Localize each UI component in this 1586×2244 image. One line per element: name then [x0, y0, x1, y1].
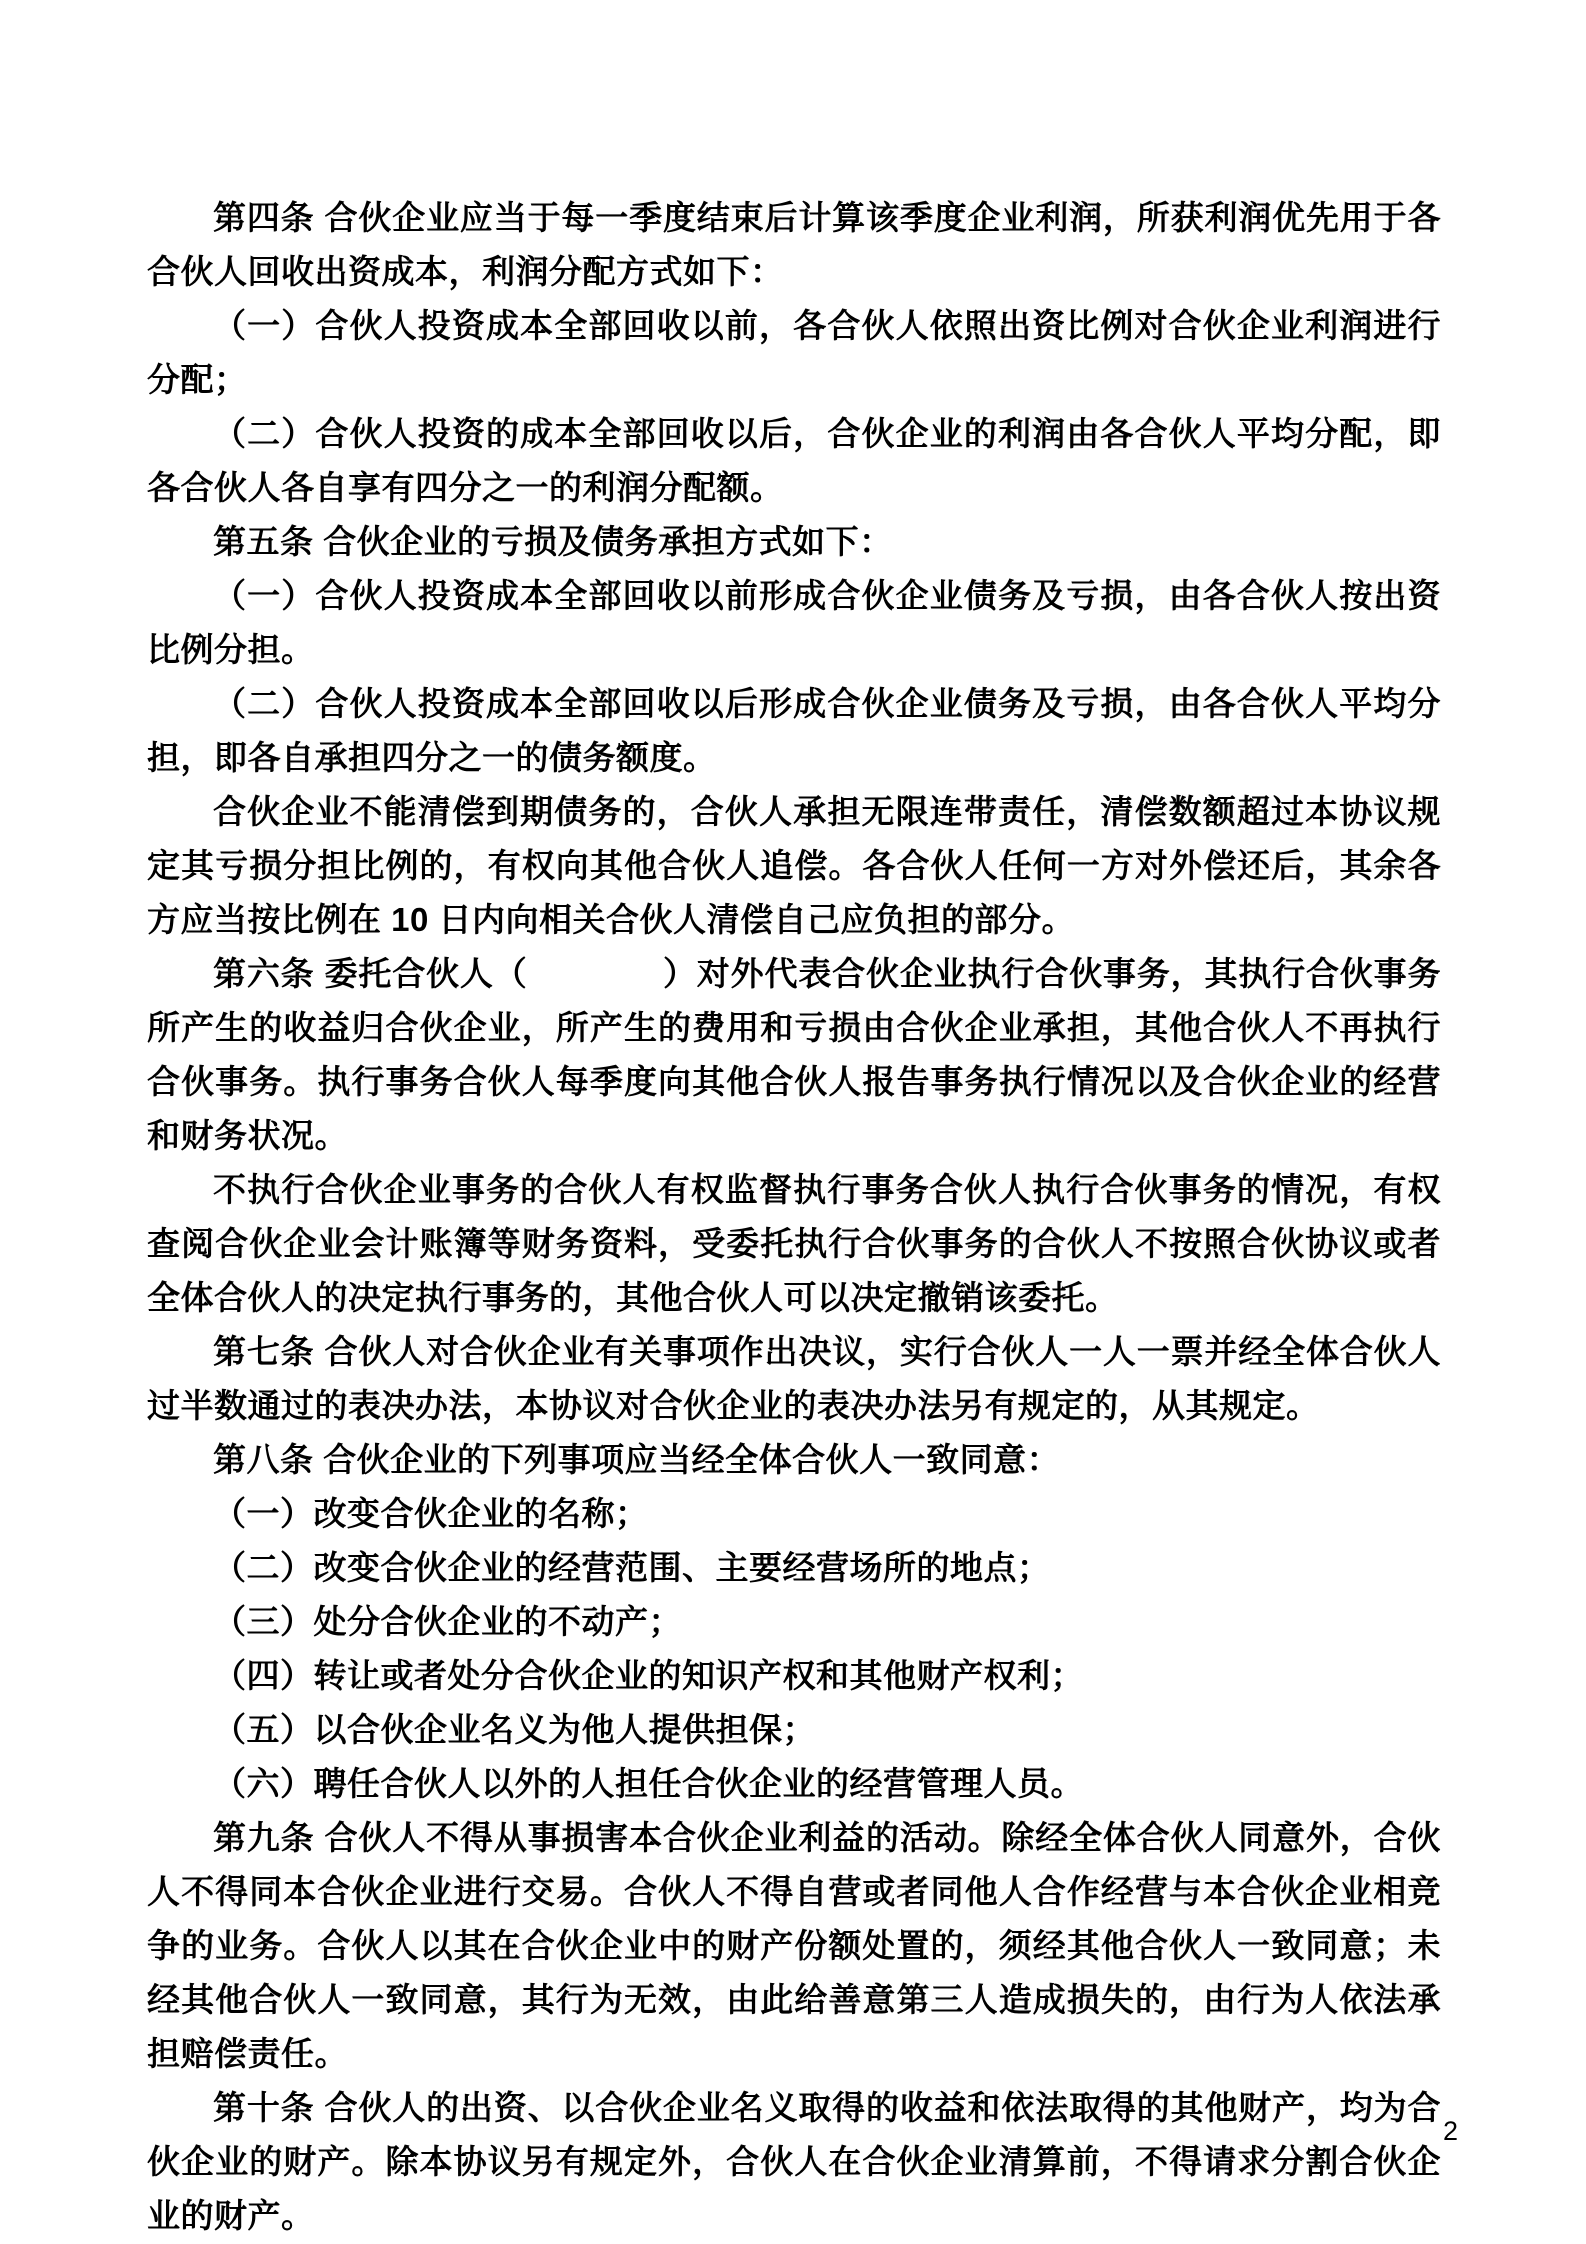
paragraph: 第六条 委托合伙人（ ）对外代表合伙企业执行合伙事务，其执行合伙事务所产生的收益… — [147, 947, 1441, 1163]
paragraph: （一）合伙人投资成本全部回收以前，各合伙人依照出资比例对合伙企业利润进行分配； — [147, 299, 1441, 407]
paragraph: （二）合伙人投资的成本全部回收以后，合伙企业的利润由各合伙人平均分配，即各合伙人… — [147, 407, 1441, 515]
paragraph: （二）合伙人投资成本全部回收以后形成合伙企业债务及亏损，由各合伙人平均分担，即各… — [147, 677, 1441, 785]
paragraph: （六）聘任合伙人以外的人担任合伙企业的经营管理人员。 — [147, 1757, 1441, 1811]
paragraph: （二）改变合伙企业的经营范围、主要经营场所的地点； — [147, 1541, 1441, 1595]
page-number: 2 — [1443, 2114, 1458, 2148]
paragraph: 第九条 合伙人不得从事损害本合伙企业利益的活动。除经全体合伙人同意外，合伙人不得… — [147, 1811, 1441, 2081]
paragraph: （三）处分合伙企业的不动产； — [147, 1595, 1441, 1649]
paragraph: 第五条 合伙企业的亏损及债务承担方式如下： — [147, 515, 1441, 569]
paragraph: 不执行合伙企业事务的合伙人有权监督执行事务合伙人执行合伙事务的情况，有权查阅合伙… — [147, 1163, 1441, 1325]
document-body: 第四条 合伙企业应当于每一季度结束后计算该季度企业利润，所获利润优先用于各合伙人… — [147, 191, 1441, 2243]
paragraph: （一）改变合伙企业的名称； — [147, 1487, 1441, 1541]
paragraph: （四）转让或者处分合伙企业的知识产权和其他财产权利； — [147, 1649, 1441, 1703]
paragraph: 第四条 合伙企业应当于每一季度结束后计算该季度企业利润，所获利润优先用于各合伙人… — [147, 191, 1441, 299]
paragraph: 第七条 合伙人对合伙企业有关事项作出决议，实行合伙人一人一票并经全体合伙人过半数… — [147, 1325, 1441, 1433]
paragraph: 第八条 合伙企业的下列事项应当经全体合伙人一致同意： — [147, 1433, 1441, 1487]
document-page: 第四条 合伙企业应当于每一季度结束后计算该季度企业利润，所获利润优先用于各合伙人… — [0, 0, 1586, 2244]
paragraph: （五）以合伙企业名义为他人提供担保； — [147, 1703, 1441, 1757]
paragraph: 第十条 合伙人的出资、以合伙企业名义取得的收益和依法取得的其他财产，均为合伙企业… — [147, 2081, 1441, 2243]
paragraph: （一）合伙人投资成本全部回收以前形成合伙企业债务及亏损，由各合伙人按出资比例分担… — [147, 569, 1441, 677]
paragraph: 合伙企业不能清偿到期债务的，合伙人承担无限连带责任，清偿数额超过本协议规定其亏损… — [147, 785, 1441, 947]
